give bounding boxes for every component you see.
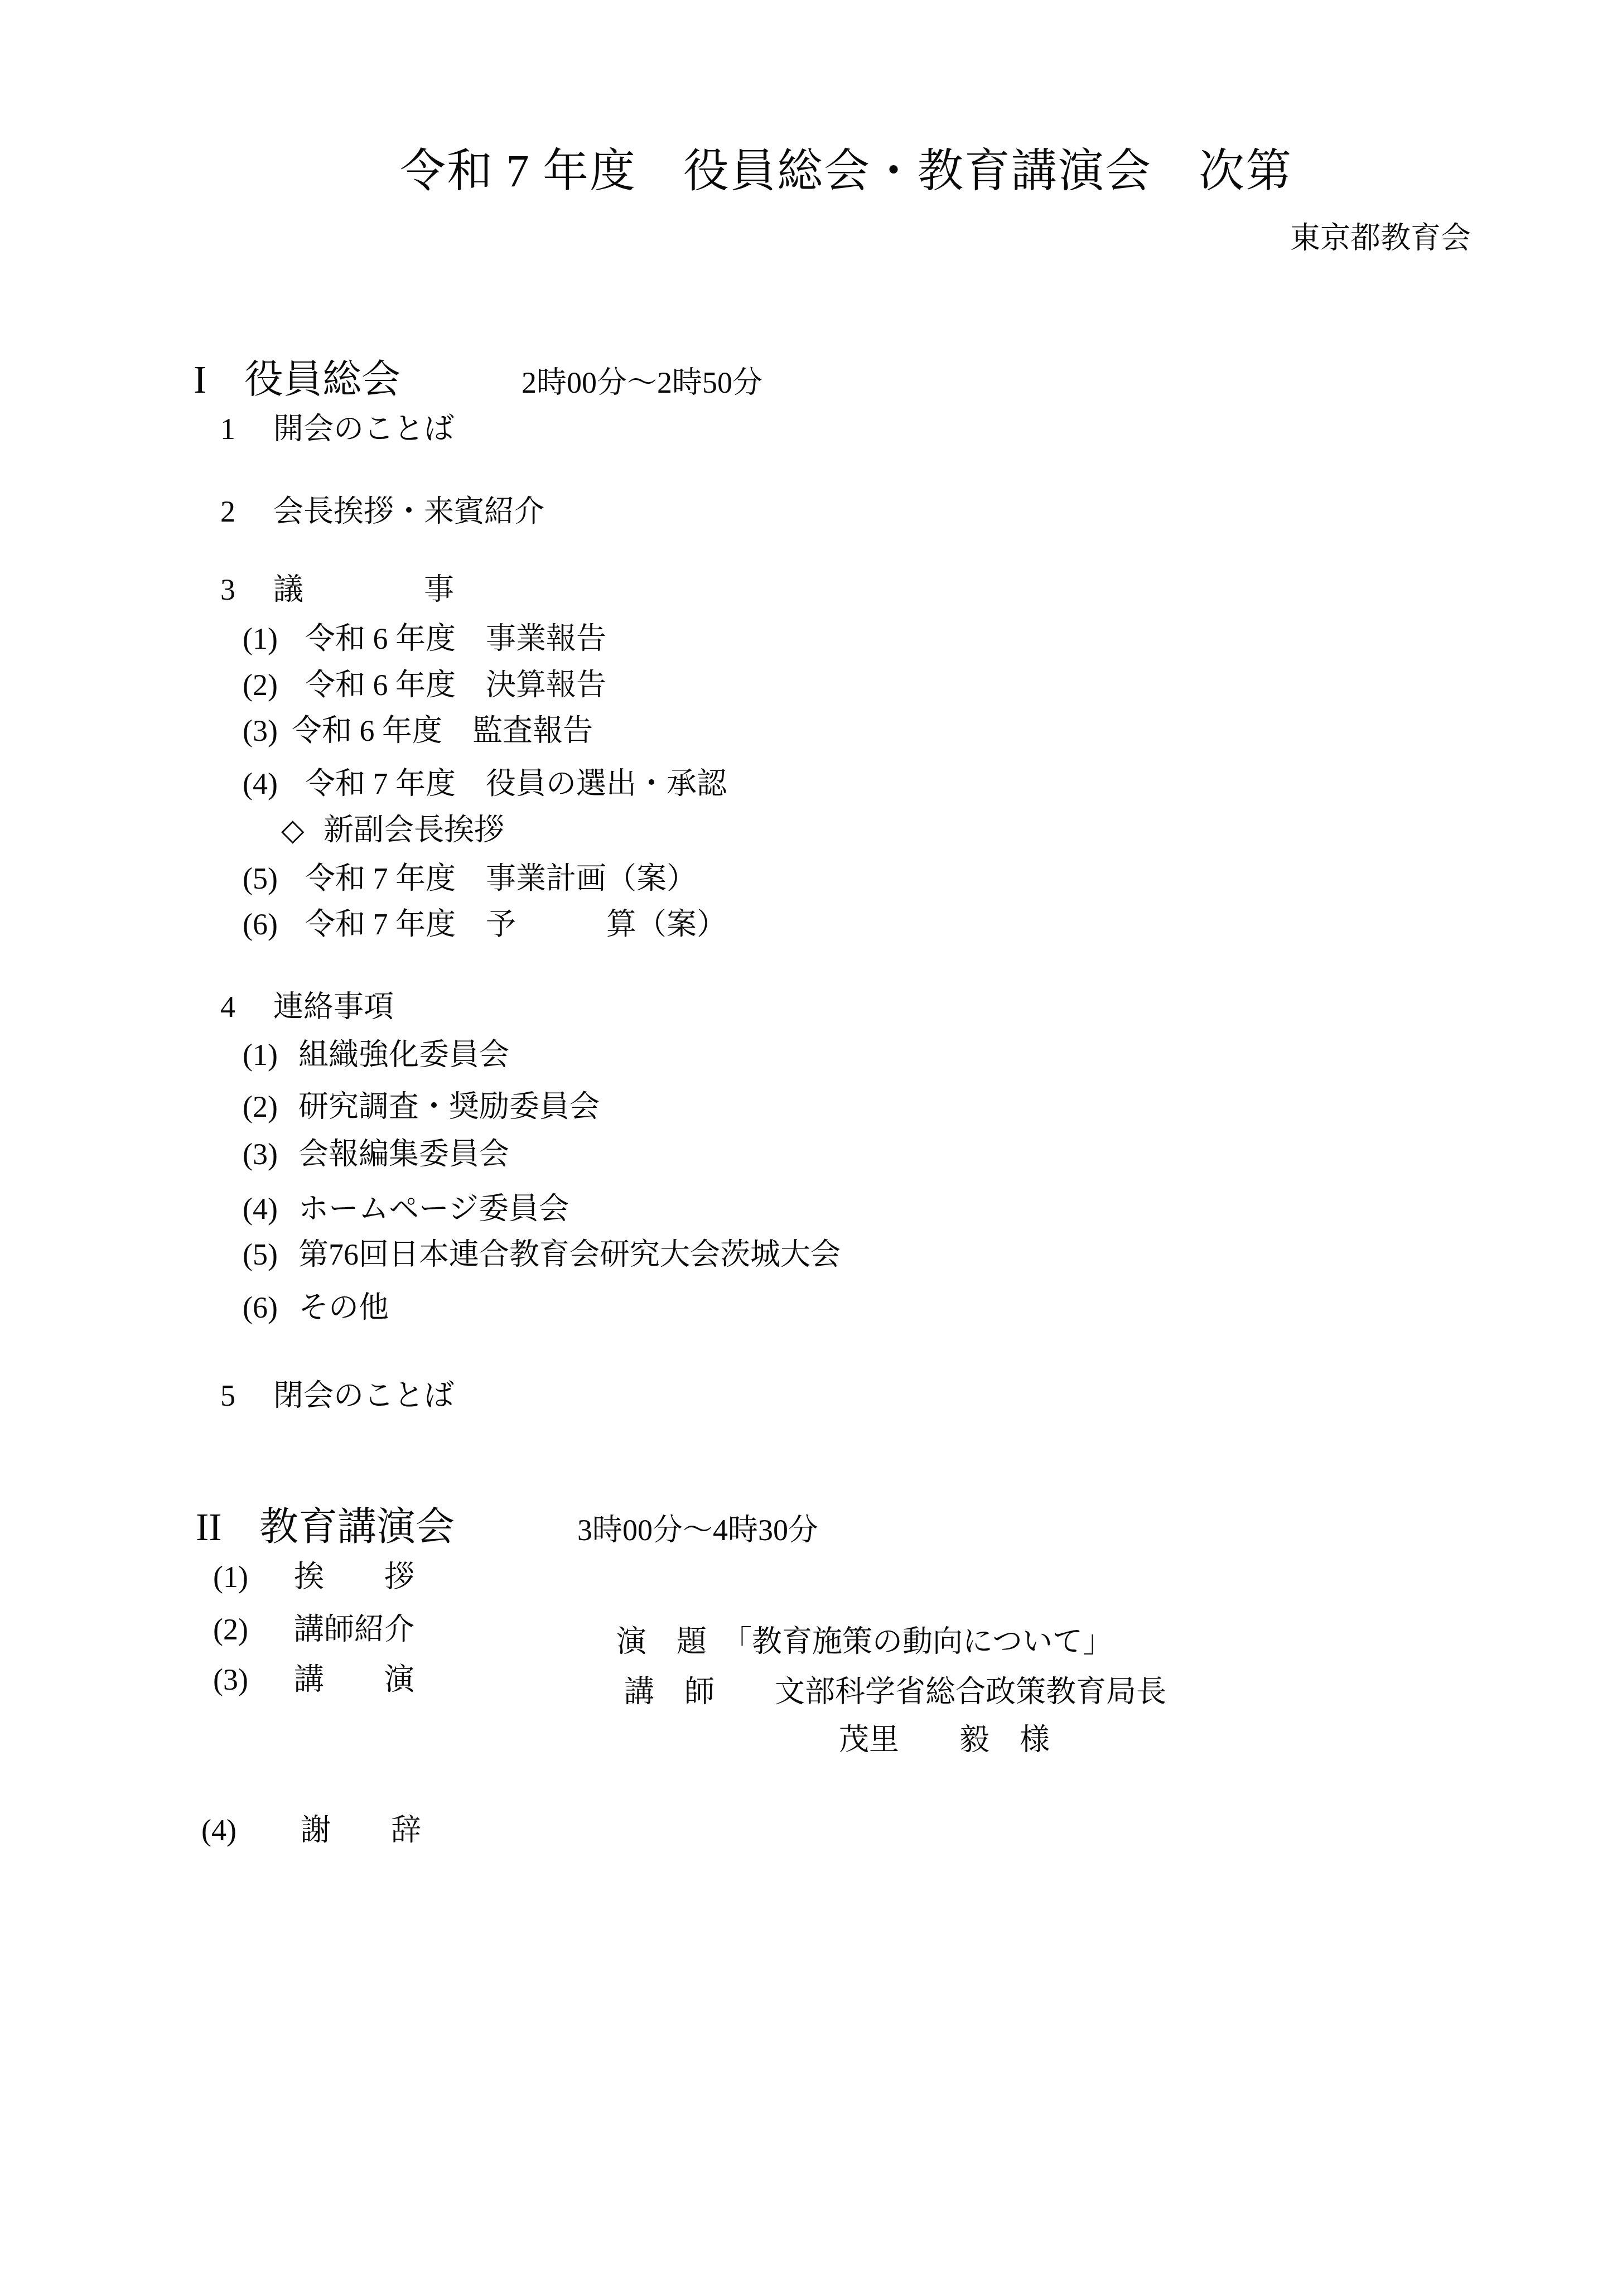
subitem-text: 令和 7 年度 予 算（案） [305,908,727,941]
section1-time: 2時00分～2時50分 [522,366,762,399]
item-number: 2 [220,493,273,531]
subitem-text: 講 演 [294,1663,414,1696]
document-page: 令和 7 年度 役員総会・教育講演会 次第 東京都教育会 I役員総会2時00分～… [0,0,1622,2296]
lecture-title-line: 演 題 「教育施策の動向について」 [616,1623,1113,1661]
subitem-number: (6) [243,1289,298,1327]
section1-item-closing: 5閉会のことば [190,1339,454,1453]
lecturer-name: 茂里 毅 様 [839,1721,1050,1759]
lecturer-line: 講 師 文部科学省総合政策教育局長 [624,1673,1166,1711]
item-text: 開会のことば [273,412,454,446]
subitem-number: (4) [201,1812,301,1850]
subitem-text: 謝 辞 [301,1813,421,1847]
section2-item-3: (3)講 演 [183,1623,414,1737]
subitem-number: (3) [213,1661,294,1699]
document-title: 令和 7 年度 役員総会・教育講演会 次第 [400,143,1292,200]
organization-name: 東京都教育会 [1290,220,1471,258]
section2-item-4: (4)謝 辞 [171,1774,421,1887]
item-number: 1 [220,411,273,448]
item-text: 会長挨拶・来賓紹介 [273,495,544,528]
subitem-text: その他 [298,1291,389,1324]
subitem-number: (6) [243,906,305,944]
item-text: 閉会のことば [273,1379,454,1412]
item-number: 5 [220,1377,273,1415]
section2-time: 3時00分～4時30分 [577,1513,818,1547]
